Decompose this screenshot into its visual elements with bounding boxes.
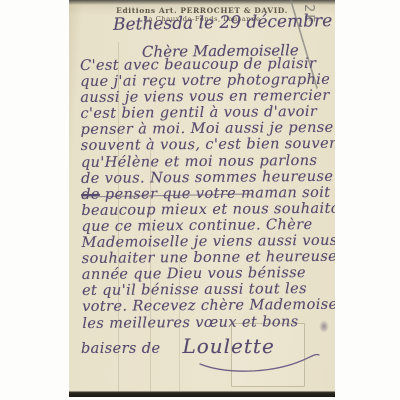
letter-line: souvent à vous, c'est bien souvent (81, 136, 335, 154)
date-line: Bethesda le 29 décembre (113, 11, 333, 35)
letter-line: votre. Recevez chère Mademoiselle (82, 297, 335, 315)
ink-smudge (319, 320, 329, 333)
letter-line: les meilleures vœux et bons (82, 313, 335, 331)
card-bottom-edge (69, 391, 335, 397)
signature-flourish (197, 348, 325, 374)
struck-word: de (81, 187, 100, 203)
scanned-postcard-photo: Editions Art. PERROCHET & DAVID. La Chau… (0, 0, 400, 400)
postcard-back: Editions Art. PERROCHET & DAVID. La Chau… (69, 0, 335, 397)
closing-words: baisers de (81, 341, 160, 357)
